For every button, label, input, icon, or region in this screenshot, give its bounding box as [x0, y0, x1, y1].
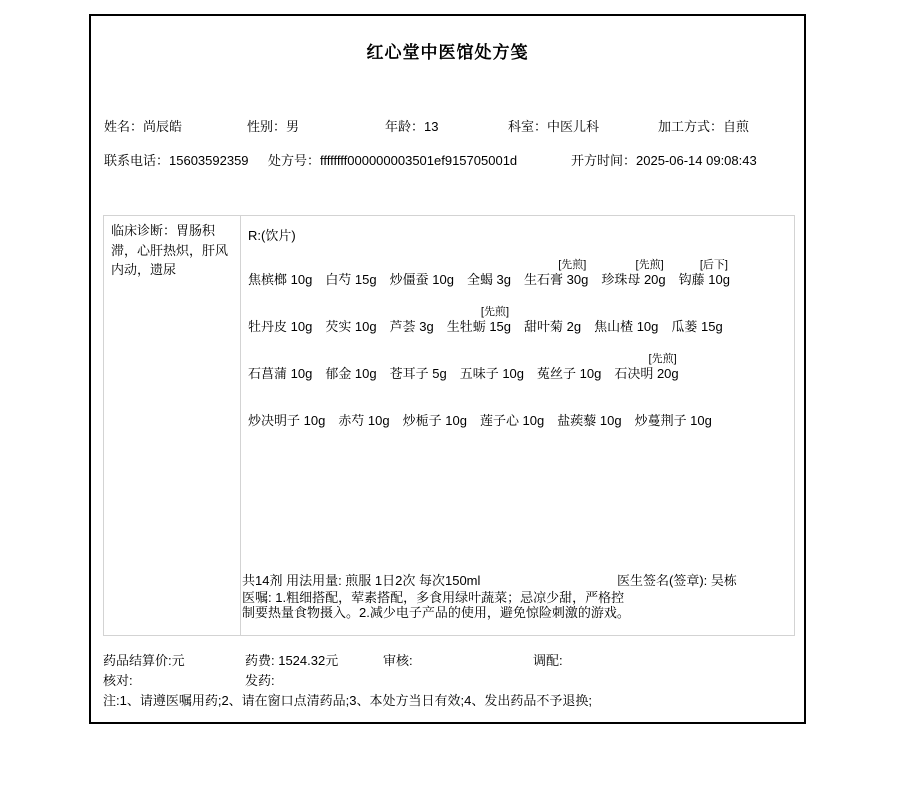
- herb-decoction-note: [480, 397, 544, 412]
- prescription-number: 处方号：ffffffff000000003501ef915705001d: [268, 150, 517, 169]
- prescription-cell: R:(饮片) 焦槟榔 10g白芍 15g炒僵蚕 10g全蝎 3g[先煎]生石膏 …: [241, 216, 794, 635]
- herb-item: 焦山楂 10g: [594, 303, 658, 335]
- herb-decoction-note: [537, 350, 601, 365]
- prep-label: 调配:: [533, 650, 563, 669]
- herb-item: 郁金 10g: [325, 350, 376, 382]
- herb-name: 瓜蒌 15g: [671, 318, 722, 335]
- medical-advice: 医嘱: 1.粗细搭配，荤素搭配，多食用绿叶蔬菜；忌凉少甜，严格控制要热量食物摄入…: [242, 590, 637, 620]
- herb-decoction-note: [248, 256, 312, 271]
- herb-row: 炒决明子 10g赤芍 10g炒栀子 10g莲子心 10g盐蒺藜 10g炒蔓荆子 …: [248, 397, 788, 429]
- herb-item: [先煎]生牡蛎 15g: [447, 303, 511, 335]
- herb-item: [先煎]石决明 20g: [614, 350, 678, 382]
- herb-name: 芦荟 3g: [390, 318, 434, 335]
- herb-name: 炒决明子 10g: [248, 412, 325, 429]
- herb-name: 菟丝子 10g: [537, 365, 601, 382]
- herb-decoction-note: [635, 397, 712, 412]
- herb-name: 苍耳子 5g: [390, 365, 447, 382]
- herb-decoction-note: [325, 303, 376, 318]
- herb-item: [先煎]珍珠母 20g: [601, 256, 665, 288]
- herb-decoction-note: [248, 350, 312, 365]
- herb-item: 赤芍 10g: [338, 397, 389, 429]
- herb-row: 石菖蒲 10g郁金 10g苍耳子 5g五味子 10g菟丝子 10g[先煎]石决明…: [248, 350, 788, 382]
- herb-decoction-note: [390, 256, 454, 271]
- herb-item: 白芍 15g: [325, 256, 376, 288]
- herb-decoction-note: [338, 397, 389, 412]
- herb-decoction-note: [557, 397, 621, 412]
- herb-decoction-note: [后下]: [679, 256, 730, 271]
- herb-name: 焦槟榔 10g: [248, 271, 312, 288]
- herb-name: 牡丹皮 10g: [248, 318, 312, 335]
- herb-name: 盐蒺藜 10g: [557, 412, 621, 429]
- herb-decoction-note: [先煎]: [601, 256, 665, 271]
- prescription-sheet: 红心堂中医馆处方笺 姓名：尚辰皓 性别：男 年龄：13 科室：中医儿科 加工方式…: [89, 14, 806, 724]
- dispense-label: 发药:: [245, 670, 275, 689]
- herb-decoction-note: [524, 303, 581, 318]
- herb-item: 芡实 10g: [325, 303, 376, 335]
- herb-decoction-note: [先煎]: [447, 303, 511, 318]
- herb-name: 钩藤 10g: [679, 271, 730, 288]
- herb-name: 赤芍 10g: [338, 412, 389, 429]
- herb-name: 生石膏 30g: [524, 271, 588, 288]
- herb-row: 牡丹皮 10g芡实 10g芦荟 3g[先煎]生牡蛎 15g甜叶菊 2g焦山楂 1…: [248, 303, 788, 335]
- herb-item: 芦荟 3g: [390, 303, 434, 335]
- herb-decoction-note: [403, 397, 467, 412]
- herb-name: 郁金 10g: [325, 365, 376, 382]
- herb-name: 生牡蛎 15g: [447, 318, 511, 335]
- herb-decoction-note: [325, 256, 376, 271]
- herb-item: 菟丝子 10g: [537, 350, 601, 382]
- herb-item: 牡丹皮 10g: [248, 303, 312, 335]
- herb-name: 全蝎 3g: [467, 271, 511, 288]
- herb-decoction-note: [594, 303, 658, 318]
- herb-item: 石菖蒲 10g: [248, 350, 312, 382]
- page-title: 红心堂中医馆处方笺: [91, 38, 804, 63]
- herb-rows: 焦槟榔 10g白芍 15g炒僵蚕 10g全蝎 3g[先煎]生石膏 30g[先煎]…: [248, 256, 788, 429]
- rx-bottom-block: 共14剂 用法用量: 煎服 1日2次 每次150ml 医生签名(签章): 吴栋 …: [242, 570, 792, 620]
- herb-name: 炒蔓荆子 10g: [635, 412, 712, 429]
- herb-item: 瓜蒌 15g: [671, 303, 722, 335]
- herb-name: 白芍 15g: [325, 271, 376, 288]
- herb-item: [后下]钩藤 10g: [679, 256, 730, 288]
- rx-header: R:(饮片): [248, 225, 788, 244]
- herb-decoction-note: [390, 350, 447, 365]
- herb-name: 炒僵蚕 10g: [390, 271, 454, 288]
- herb-name: 炒栀子 10g: [403, 412, 467, 429]
- herb-row: 焦槟榔 10g白芍 15g炒僵蚕 10g全蝎 3g[先煎]生石膏 30g[先煎]…: [248, 256, 788, 288]
- footer-note: 注:1、请遵医嘱用药;2、请在窗口点清药品;3、本处方当日有效;4、发出药品不予…: [103, 690, 592, 709]
- patient-age: 年龄：13: [385, 116, 438, 135]
- herb-name: 焦山楂 10g: [594, 318, 658, 335]
- herb-name: 五味子 10g: [460, 365, 524, 382]
- dosage-usage: 共14剂 用法用量: 煎服 1日2次 每次150ml: [242, 573, 480, 588]
- herb-item: 炒决明子 10g: [248, 397, 325, 429]
- herb-decoction-note: [390, 303, 434, 318]
- herb-name: 莲子心 10g: [480, 412, 544, 429]
- herb-decoction-note: [325, 350, 376, 365]
- herb-item: 甜叶菊 2g: [524, 303, 581, 335]
- herb-item: 焦槟榔 10g: [248, 256, 312, 288]
- settlement-price: 药品结算价:元: [103, 650, 185, 669]
- herb-name: 石菖蒲 10g: [248, 365, 312, 382]
- herb-decoction-note: [先煎]: [524, 256, 588, 271]
- herb-decoction-note: [467, 256, 511, 271]
- herb-item: 盐蒺藜 10g: [557, 397, 621, 429]
- patient-gender: 性别：男: [247, 116, 299, 135]
- doctor-signature: 医生签名(签章): 吴栋: [617, 570, 737, 589]
- herb-item: [先煎]生石膏 30g: [524, 256, 588, 288]
- clinical-diagnosis: 临床诊断：胃肠积滞，心肝热炽，肝风内动，遗尿: [104, 216, 241, 635]
- department: 科室：中医儿科: [508, 116, 599, 135]
- contact-phone: 联系电话：15603592359: [104, 150, 249, 169]
- herb-item: 炒僵蚕 10g: [390, 256, 454, 288]
- herb-item: 炒蔓荆子 10g: [635, 397, 712, 429]
- herb-name: 甜叶菊 2g: [524, 318, 581, 335]
- herb-name: 石决明 20g: [614, 365, 678, 382]
- herb-item: 炒栀子 10g: [403, 397, 467, 429]
- herb-item: 苍耳子 5g: [390, 350, 447, 382]
- processing-method: 加工方式：自煎: [658, 116, 749, 135]
- medicine-fee: 药费: 1524.32元: [245, 650, 338, 669]
- herb-decoction-note: [248, 303, 312, 318]
- herb-item: 五味子 10g: [460, 350, 524, 382]
- prescription-time: 开方时间：2025-06-14 09:08:43: [571, 150, 757, 169]
- prescription-table: 临床诊断：胃肠积滞，心肝热炽，肝风内动，遗尿 R:(饮片) 焦槟榔 10g白芍 …: [103, 215, 795, 636]
- herb-decoction-note: [248, 397, 325, 412]
- herb-decoction-note: [460, 350, 524, 365]
- herb-name: 珍珠母 20g: [601, 271, 665, 288]
- herb-name: 芡实 10g: [325, 318, 376, 335]
- herb-item: 莲子心 10g: [480, 397, 544, 429]
- patient-name: 姓名：尚辰皓: [104, 116, 182, 135]
- herb-item: 全蝎 3g: [467, 256, 511, 288]
- herb-decoction-note: [先煎]: [614, 350, 678, 365]
- check-label: 核对:: [103, 670, 133, 689]
- herb-decoction-note: [671, 303, 722, 318]
- review-label: 审核:: [383, 650, 413, 669]
